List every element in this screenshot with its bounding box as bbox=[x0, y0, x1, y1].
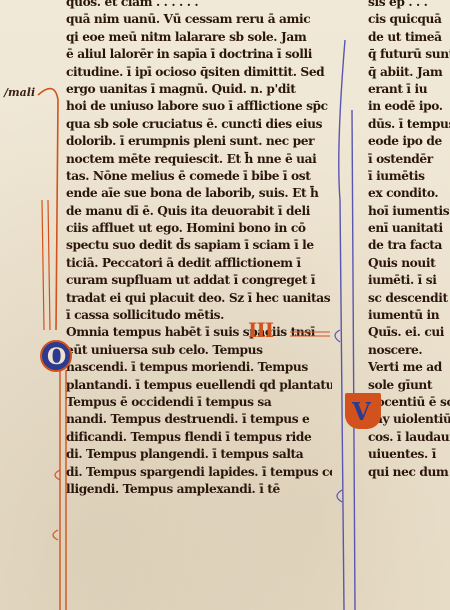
illuminated-initial-o: O bbox=[40, 340, 72, 372]
chapter-number: III bbox=[248, 318, 273, 342]
red-penwork-flourish bbox=[0, 0, 450, 610]
illuminated-initial-v: V bbox=[345, 393, 381, 429]
